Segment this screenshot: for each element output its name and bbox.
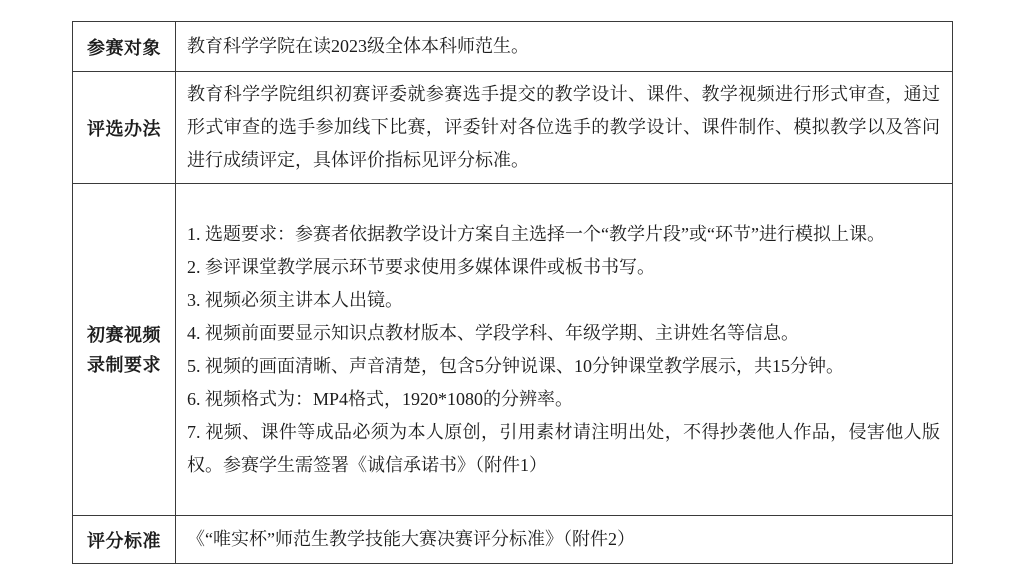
document-page: 参赛对象 教育科学学院在读2023级全体本科师范生。 评选办法 教育科学学院组织…	[0, 0, 1024, 579]
row-content-video-requirements: 1. 选题要求：参赛者依据教学设计方案自主选择一个“教学片段”或“环节”进行模拟…	[176, 184, 953, 516]
list-item: 2. 参评课堂教学展示环节要求使用多媒体课件或板书书写。	[187, 251, 940, 284]
row-label-video-requirements: 初赛视频 录制要求	[73, 184, 176, 516]
row-label-scoring-standard: 评分标准	[73, 516, 176, 564]
list-item: 4. 视频前面要显示知识点教材版本、学段学科、年级学期、主讲姓名等信息。	[187, 317, 940, 350]
row-label-participants: 参赛对象	[73, 22, 176, 72]
row-content-participants: 教育科学学院在读2023级全体本科师范生。	[176, 22, 953, 72]
row-content-selection-method: 教育科学学院组织初赛评委就参赛选手提交的教学设计、课件、教学视频进行形式审查，通…	[176, 72, 953, 184]
competition-info-table: 参赛对象 教育科学学院在读2023级全体本科师范生。 评选办法 教育科学学院组织…	[72, 21, 953, 564]
table-row-participants: 参赛对象 教育科学学院在读2023级全体本科师范生。	[73, 22, 953, 72]
list-item: 1. 选题要求：参赛者依据教学设计方案自主选择一个“教学片段”或“环节”进行模拟…	[187, 218, 940, 251]
list-item: 7. 视频、课件等成品必须为本人原创，引用素材请注明出处，不得抄袭他人作品，侵害…	[187, 416, 940, 482]
list-item: 3. 视频必须主讲本人出镜。	[187, 284, 940, 317]
list-item: 6. 视频格式为：MP4格式，1920*1080的分辨率。	[187, 383, 940, 416]
table-row-selection-method: 评选办法 教育科学学院组织初赛评委就参赛选手提交的教学设计、课件、教学视频进行形…	[73, 72, 953, 184]
table-row-video-requirements: 初赛视频 录制要求 1. 选题要求：参赛者依据教学设计方案自主选择一个“教学片段…	[73, 184, 953, 516]
row-content-scoring-standard: 《“唯实杯”师范生教学技能大赛决赛评分标准》（附件2）	[176, 516, 953, 564]
row-label-selection-method: 评选办法	[73, 72, 176, 184]
list-item: 5. 视频的画面清晰、声音清楚，包含5分钟说课、10分钟课堂教学展示，共15分钟…	[187, 350, 940, 383]
requirements-list: 1. 选题要求：参赛者依据教学设计方案自主选择一个“教学片段”或“环节”进行模拟…	[187, 216, 940, 484]
table-row-scoring-standard: 评分标准 《“唯实杯”师范生教学技能大赛决赛评分标准》（附件2）	[73, 516, 953, 564]
